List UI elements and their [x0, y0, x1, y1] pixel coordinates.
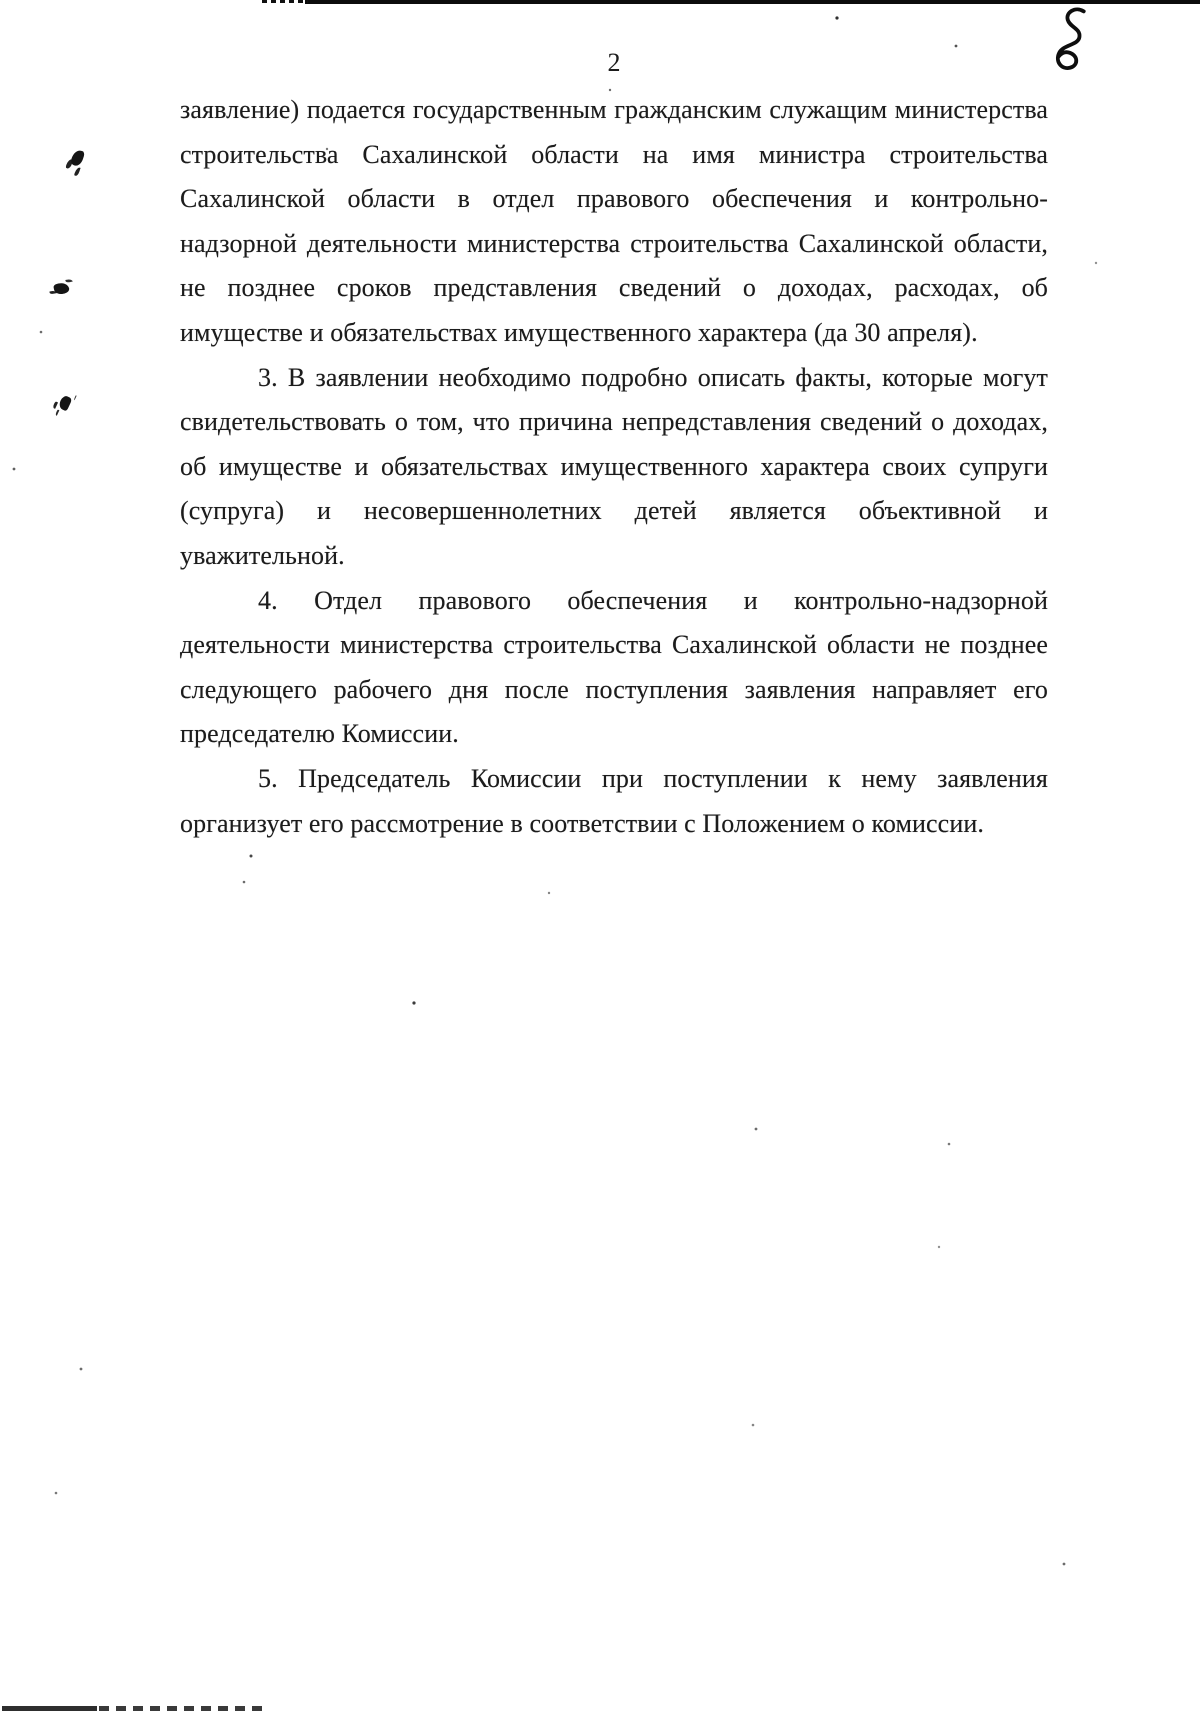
handwritten-eight-icon [1048, 6, 1096, 72]
scanned-document-page: 2 заявление) подается государственным гр… [0, 0, 1200, 1712]
margin-ink-blot [58, 395, 73, 412]
scan-bottom-edge [0, 1705, 320, 1712]
paragraph-item-3: 3. В заявлении необходимо подробно описа… [180, 356, 1048, 579]
margin-ink-blot [53, 282, 70, 296]
scan-bottom-edge-solid [2, 1706, 97, 1711]
scan-top-edge-dashes [262, 0, 308, 3]
paragraph-continuation: заявление) подается государственным граж… [180, 88, 1048, 356]
margin-ink-blot [70, 149, 85, 168]
handwritten-page-mark [1048, 6, 1096, 72]
scan-top-edge-line [305, 0, 1200, 4]
page-number: 2 [180, 48, 1048, 78]
scan-bottom-edge-dashes [99, 1706, 264, 1711]
paragraph-item-4: 4. Отдел правового обеспечения и контрол… [180, 579, 1048, 757]
paragraph-item-5: 5. Председатель Комиссии при поступлении… [180, 757, 1048, 846]
scan-specks [0, 0, 2, 2]
document-body: заявление) подается государственным граж… [180, 88, 1048, 846]
